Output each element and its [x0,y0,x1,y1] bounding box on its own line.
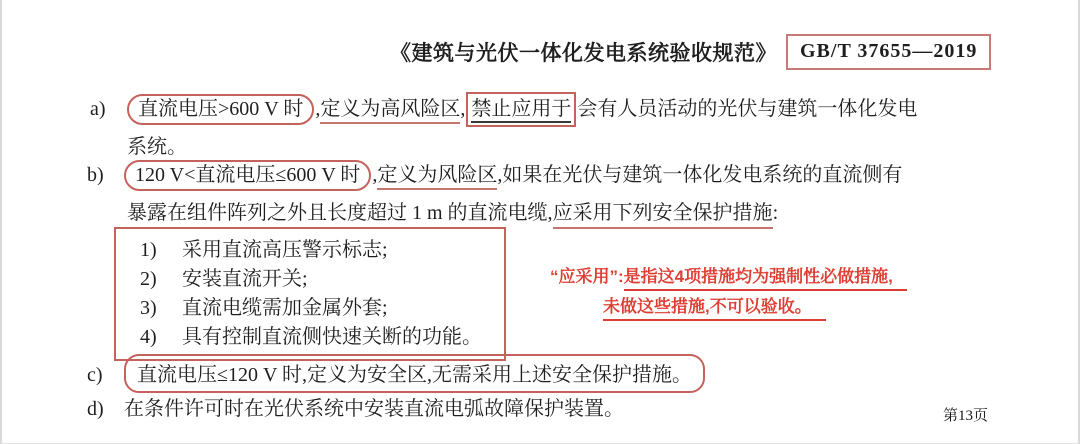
item-d-label: d) [87,398,124,421]
measure-item-2: 2)安装直流开关; [140,265,504,294]
item-b-label: b) [87,164,124,187]
measure-item-3: 3)直流电缆需加金属外套; [140,294,504,323]
annotation-line2-underlined: 未做这些措施,不可以验收。 [603,297,826,321]
item-a-label: a) [90,98,127,121]
item-a-line2: 系统。 [127,130,187,159]
header: 《建筑与光伏一体化发电系统验收规范》 GB/T 37655—2019 [390,34,991,70]
measure-item-4-number: 4) [140,323,182,352]
item-a-line1: a) 直流电压>600 V 时,定义为高风险区,禁止应用于会有人员活动的光伏与建… [90,92,917,121]
measure-item-3-number: 3) [140,294,182,323]
item-a-forbidden-text: 禁止应用于 [471,98,571,123]
item-a-forbidden-box: 禁止应用于 [466,92,576,127]
item-a-line2-text: 系统。 [127,130,187,159]
item-b-line2-colon: : [773,202,779,225]
slide-page: 《建筑与光伏一体化发电系统验收规范》 GB/T 37655—2019 a) 直流… [0,0,1080,444]
item-c-line: c) 直流电压≤120 V 时,定义为安全区,无需采用上述安全保护措施。 [87,354,705,393]
item-b-rest1: ,如果在光伏与建筑一体化发电系统的直流侧有 [497,164,902,186]
item-a-sep2: , [460,98,465,120]
item-b-line1: b) 120 V<直流电压≤600 V 时,定义为风险区,如果在光伏与建筑一体化… [87,158,902,187]
standard-number-box: GB/T 37655—2019 [786,34,991,70]
item-b-voltage-highlight: 120 V<直流电压≤600 V 时 [124,160,371,191]
annotation-line1: “应采用”:是指这4项措施均为强制性必做措施, [550,262,907,287]
item-b-line2: 暴露在组件阵列之外且长度超过 1 m 的直流电缆,应采用下列安全保护措施: [127,196,778,229]
annotation-lead: “应采用”: [550,267,624,286]
item-c-highlight: 直流电压≤120 V 时,定义为安全区,无需采用上述安全保护措施。 [124,354,705,393]
annotation-line1-underlined: 是指这4项措施均为强制性必做措施, [624,267,907,291]
measure-item-3-text: 直流电缆需加金属外套; [182,294,388,323]
item-b-line2-pre: 暴露在组件阵列之外且长度超过 1 m 的直流电缆, [127,196,553,225]
document-title: 《建筑与光伏一体化发电系统验收规范》 [390,37,777,67]
measure-item-2-text: 安装直流开关; [182,265,308,294]
measure-item-4-text: 具有控制直流侧快速关断的功能。 [182,323,482,352]
item-a-risk-zone-underlined: 定义为高风险区 [320,98,460,124]
page-number: 第13页 [943,404,988,425]
measure-item-1-number: 1) [140,236,182,265]
item-d-text: 在条件许可时在光伏系统中安装直流电弧故障保护装置。 [124,392,624,421]
standard-number: GB/T 37655—2019 [800,40,977,62]
annotation-line2: 未做这些措施,不可以验收。 [603,292,826,317]
item-a-voltage-highlight: 直流电压>600 V 时 [127,94,314,125]
measure-item-1-text: 采用直流高压警示标志; [182,236,388,265]
measure-item-1: 1)采用直流高压警示标志; [140,236,504,265]
item-b-risk-zone-underlined: 定义为风险区 [377,164,497,190]
item-a-rest: 会有人员活动的光伏与建筑一体化发电 [577,98,917,120]
item-d-line: d) 在条件许可时在光伏系统中安装直流电弧故障保护装置。 [87,392,624,421]
item-b-measures-underlined: 应采用下列安全保护措施 [553,196,773,229]
measure-item-2-number: 2) [140,265,182,294]
item-b-content: 120 V<直流电压≤600 V 时,定义为风险区,如果在光伏与建筑一体化发电系… [124,158,902,187]
measure-item-4: 4)具有控制直流侧快速关断的功能。 [140,323,504,352]
measures-list-box: 1)采用直流高压警示标志; 2)安装直流开关; 3)直流电缆需加金属外套; 4)… [114,227,506,361]
item-c-label: c) [87,364,124,387]
item-a-content: 直流电压>600 V 时,定义为高风险区,禁止应用于会有人员活动的光伏与建筑一体… [127,92,917,121]
